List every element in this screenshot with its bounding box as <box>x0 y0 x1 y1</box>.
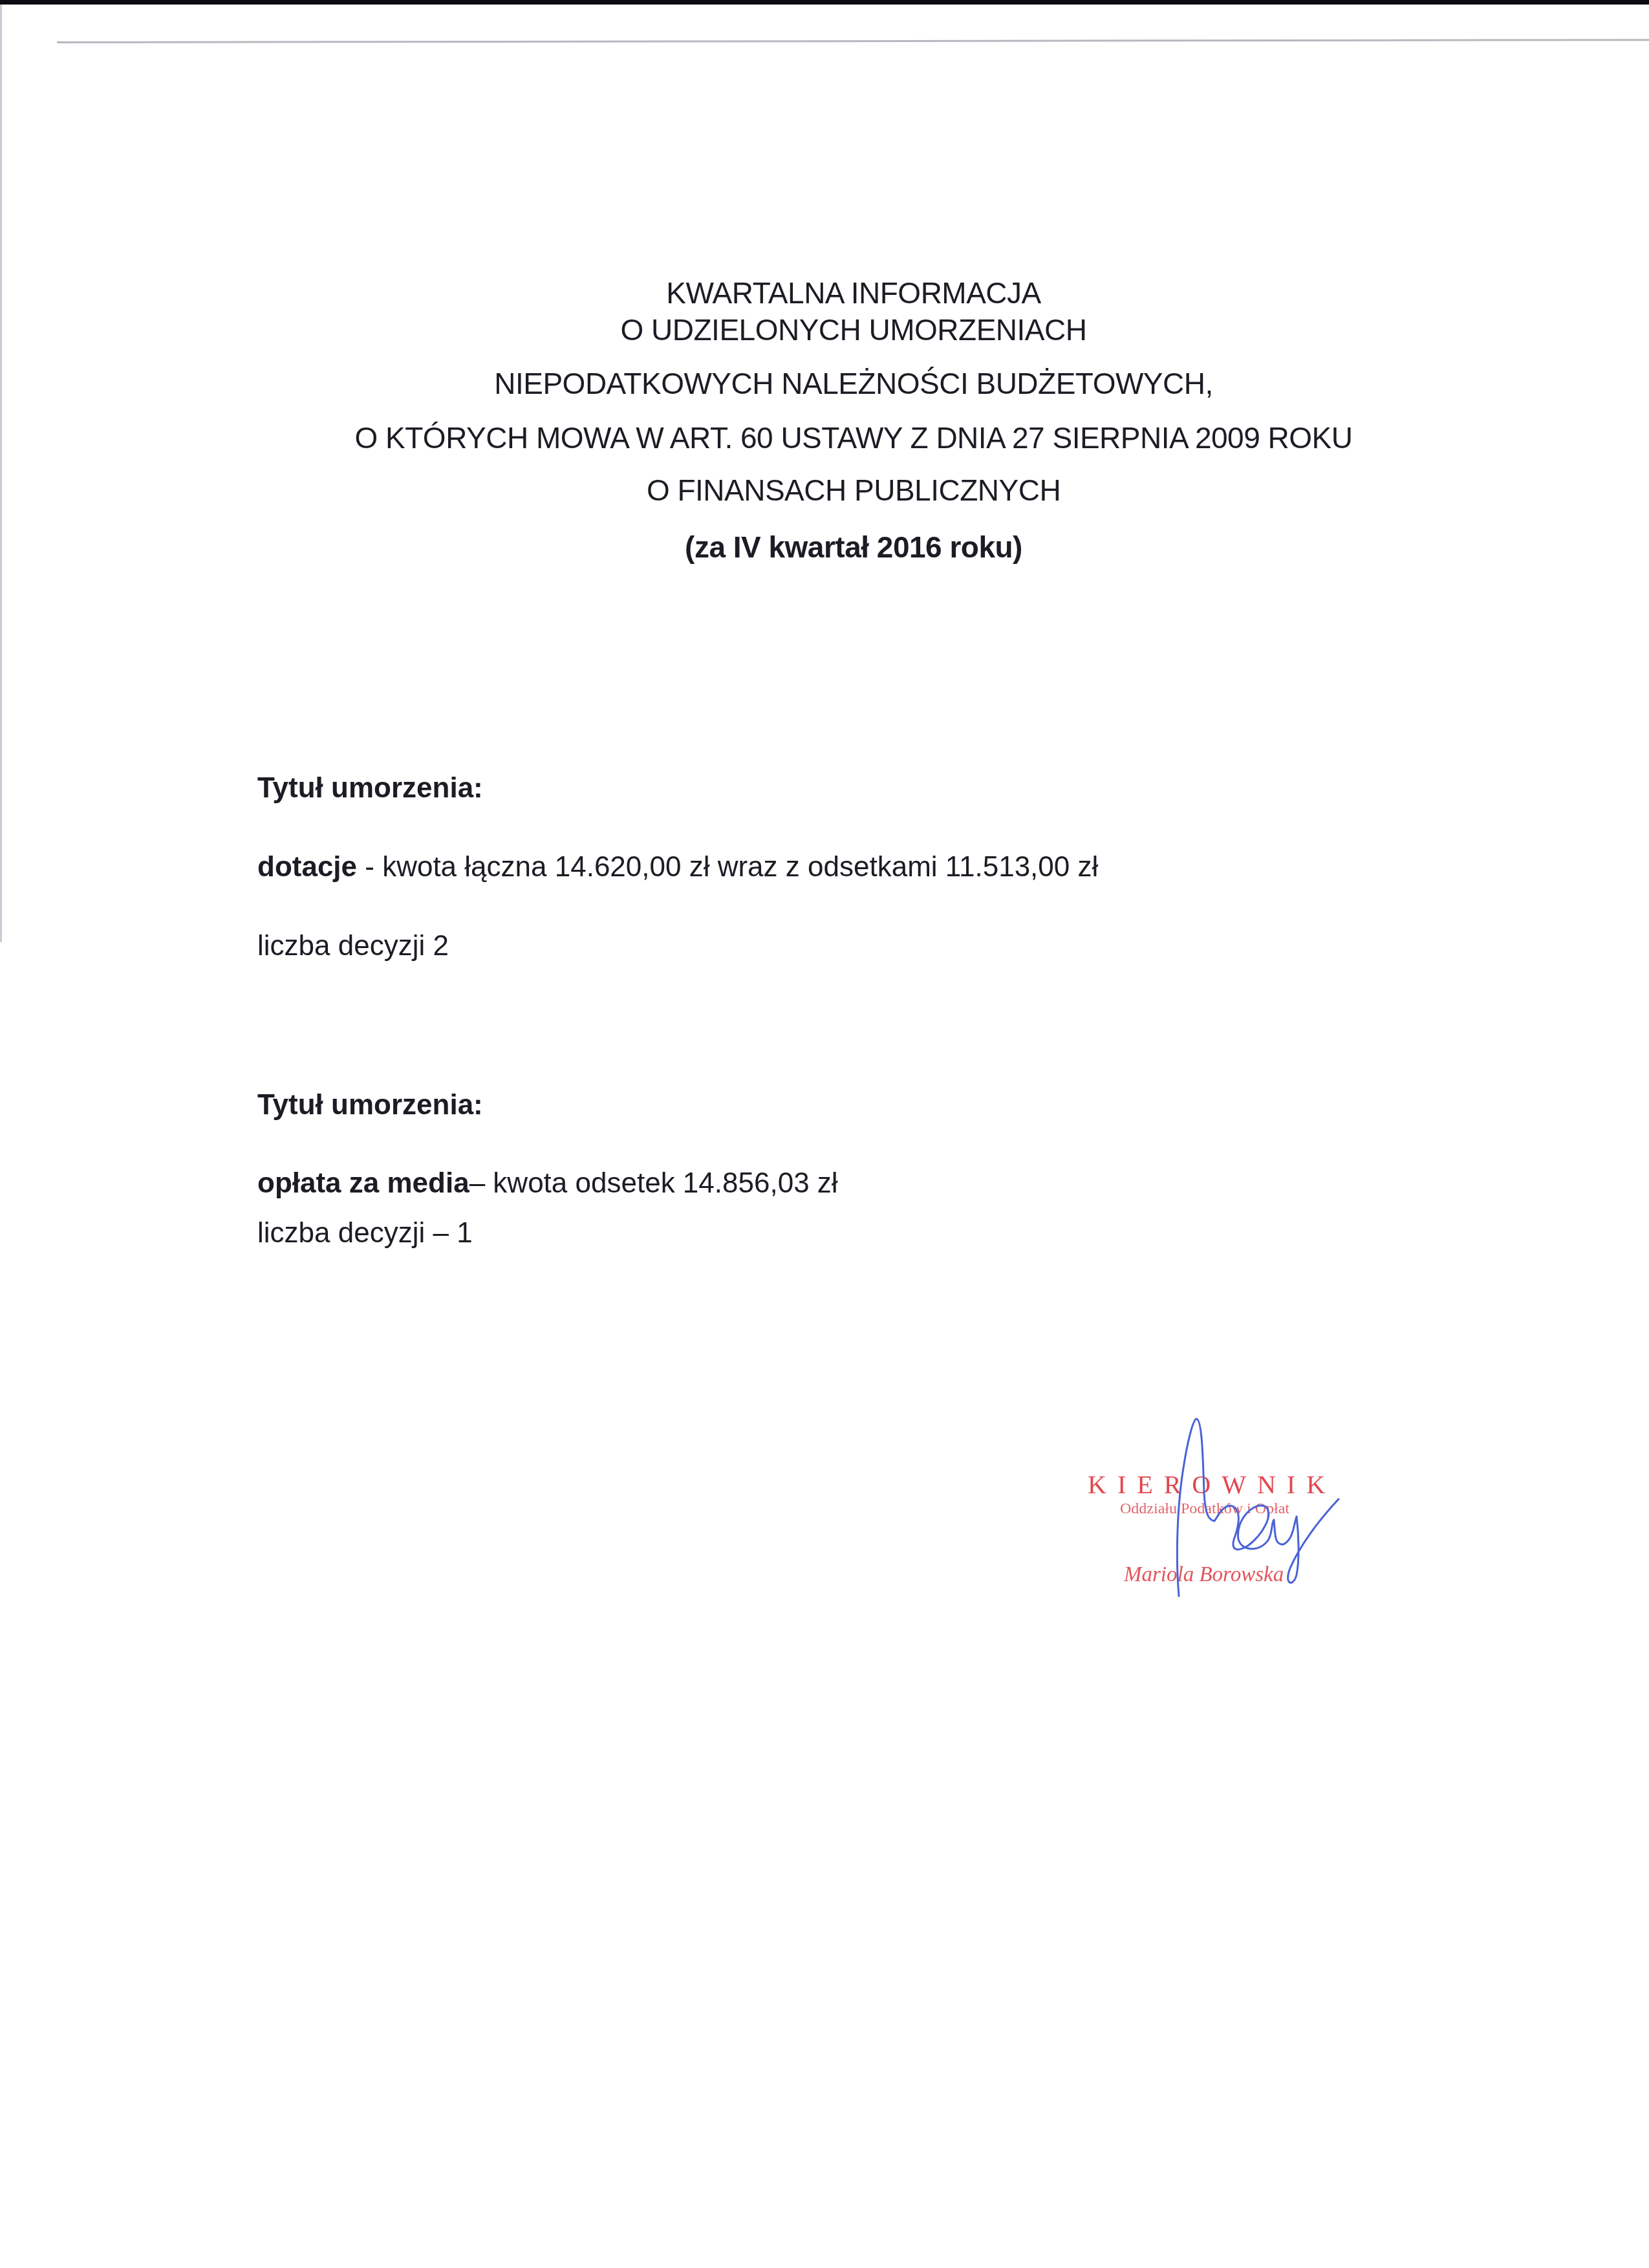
title-line-1: KWARTALNA INFORMACJA <box>0 278 1649 308</box>
scan-border-left <box>0 5 2 942</box>
title-line-5: O FINANSACH PUBLICZNYCH <box>0 475 1649 505</box>
official-stamp: KIEROWNIK Oddziału Podatków i Opłat Mari… <box>1061 1410 1397 1630</box>
section-1-item-text: - kwota łączna 14.620,00 zł wraz z odset… <box>357 851 1098 883</box>
section-1-item: dotacje - kwota łączna 14.620,00 zł wraz… <box>257 853 1098 881</box>
handwritten-signature-icon <box>1061 1410 1397 1630</box>
scan-border-top <box>0 0 1649 5</box>
title-period: (za IV kwartał 2016 roku) <box>0 532 1649 562</box>
section-2-item: opłata za media– kwota odsetek 14.856,03… <box>257 1169 838 1198</box>
section-1-heading: Tytuł umorzenia: <box>257 774 483 803</box>
section-2-item-label: opłata za media <box>257 1167 469 1199</box>
section-2-item-text: – kwota odsetek 14.856,03 zł <box>469 1167 838 1199</box>
section-1-item-label: dotacje <box>257 851 357 883</box>
title-line-2: O UDZIELONYCH UMORZENIACH <box>0 315 1649 345</box>
header-rule <box>57 39 1649 43</box>
title-line-3: NIEPODATKOWYCH NALEŻNOŚCI BUDŻETOWYCH, <box>0 369 1649 398</box>
section-2-decisions: liczba decyzji – 1 <box>257 1219 473 1247</box>
title-line-4: O KTÓRYCH MOWA W ART. 60 USTAWY Z DNIA 2… <box>0 423 1649 453</box>
section-2-heading: Tytuł umorzenia: <box>257 1091 483 1119</box>
section-1-decisions: liczba decyzji 2 <box>257 932 449 960</box>
